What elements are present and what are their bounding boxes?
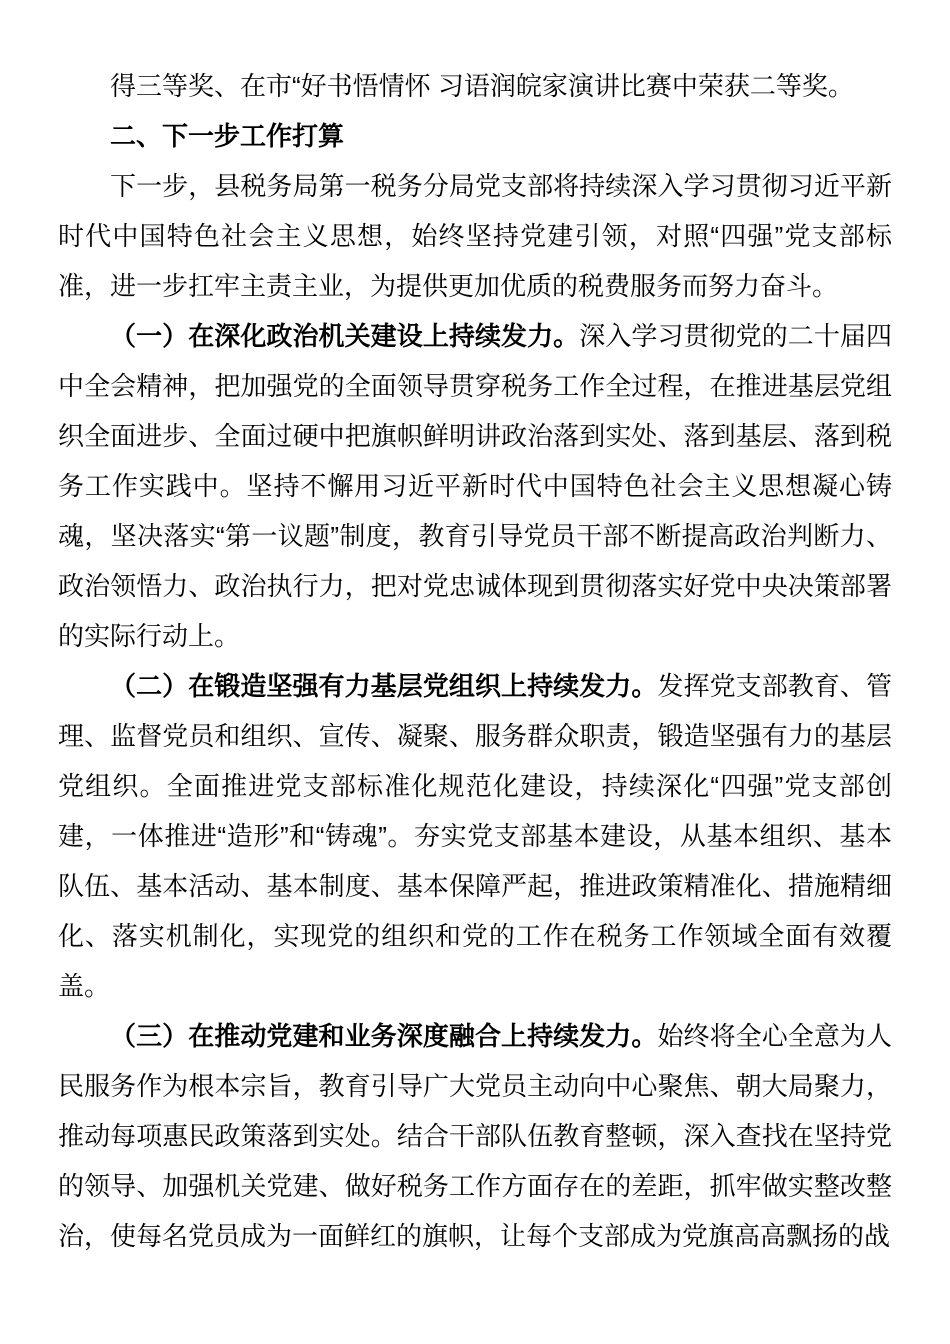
item-2-body: 发挥党支部教育、管理、监督党员和组织、宣传、凝聚、服务群众职责，锻造坚强有力的基… [58, 671, 892, 1001]
item-1-body: 深入学习贯彻党的二十届四中全会精神，把加强党的全面领导贯穿税务工作全过程，在推进… [58, 321, 892, 651]
item-3-lead: （三）在推动党建和业务深度融合上持续发力。 [110, 1021, 657, 1051]
paragraph-item-2: （二）在锻造坚强有力基层党组织上持续发力。发挥党支部教育、管理、监督党员和组织、… [58, 661, 892, 1011]
paragraph-continuation: 得三等奖、在市“好书悟情怀 习语润皖家演讲比赛中荣获二等奖。 [58, 61, 892, 111]
section-heading: 二、下一步工作打算 [58, 111, 892, 161]
intro-paragraph: 下一步，县税务局第一税务分局党支部将持续深入学习贯彻习近平新时代中国特色社会主义… [58, 161, 892, 311]
item-3-body: 始终将全心全意为人民服务作为根本宗旨，教育引导广大党员主动向中心聚焦、朝大局聚力… [58, 1021, 892, 1251]
item-2-lead: （二）在锻造坚强有力基层党组织上持续发力。 [110, 671, 657, 701]
document-page: 得三等奖、在市“好书悟情怀 习语润皖家演讲比赛中荣获二等奖。 二、下一步工作打算… [0, 0, 950, 1344]
item-1-lead: （一）在深化政治机关建设上持续发力。 [110, 321, 579, 351]
paragraph-item-3: （三）在推动党建和业务深度融合上持续发力。始终将全心全意为人民服务作为根本宗旨，… [58, 1011, 892, 1261]
paragraph-item-1: （一）在深化政治机关建设上持续发力。深入学习贯彻党的二十届四中全会精神，把加强党… [58, 311, 892, 661]
